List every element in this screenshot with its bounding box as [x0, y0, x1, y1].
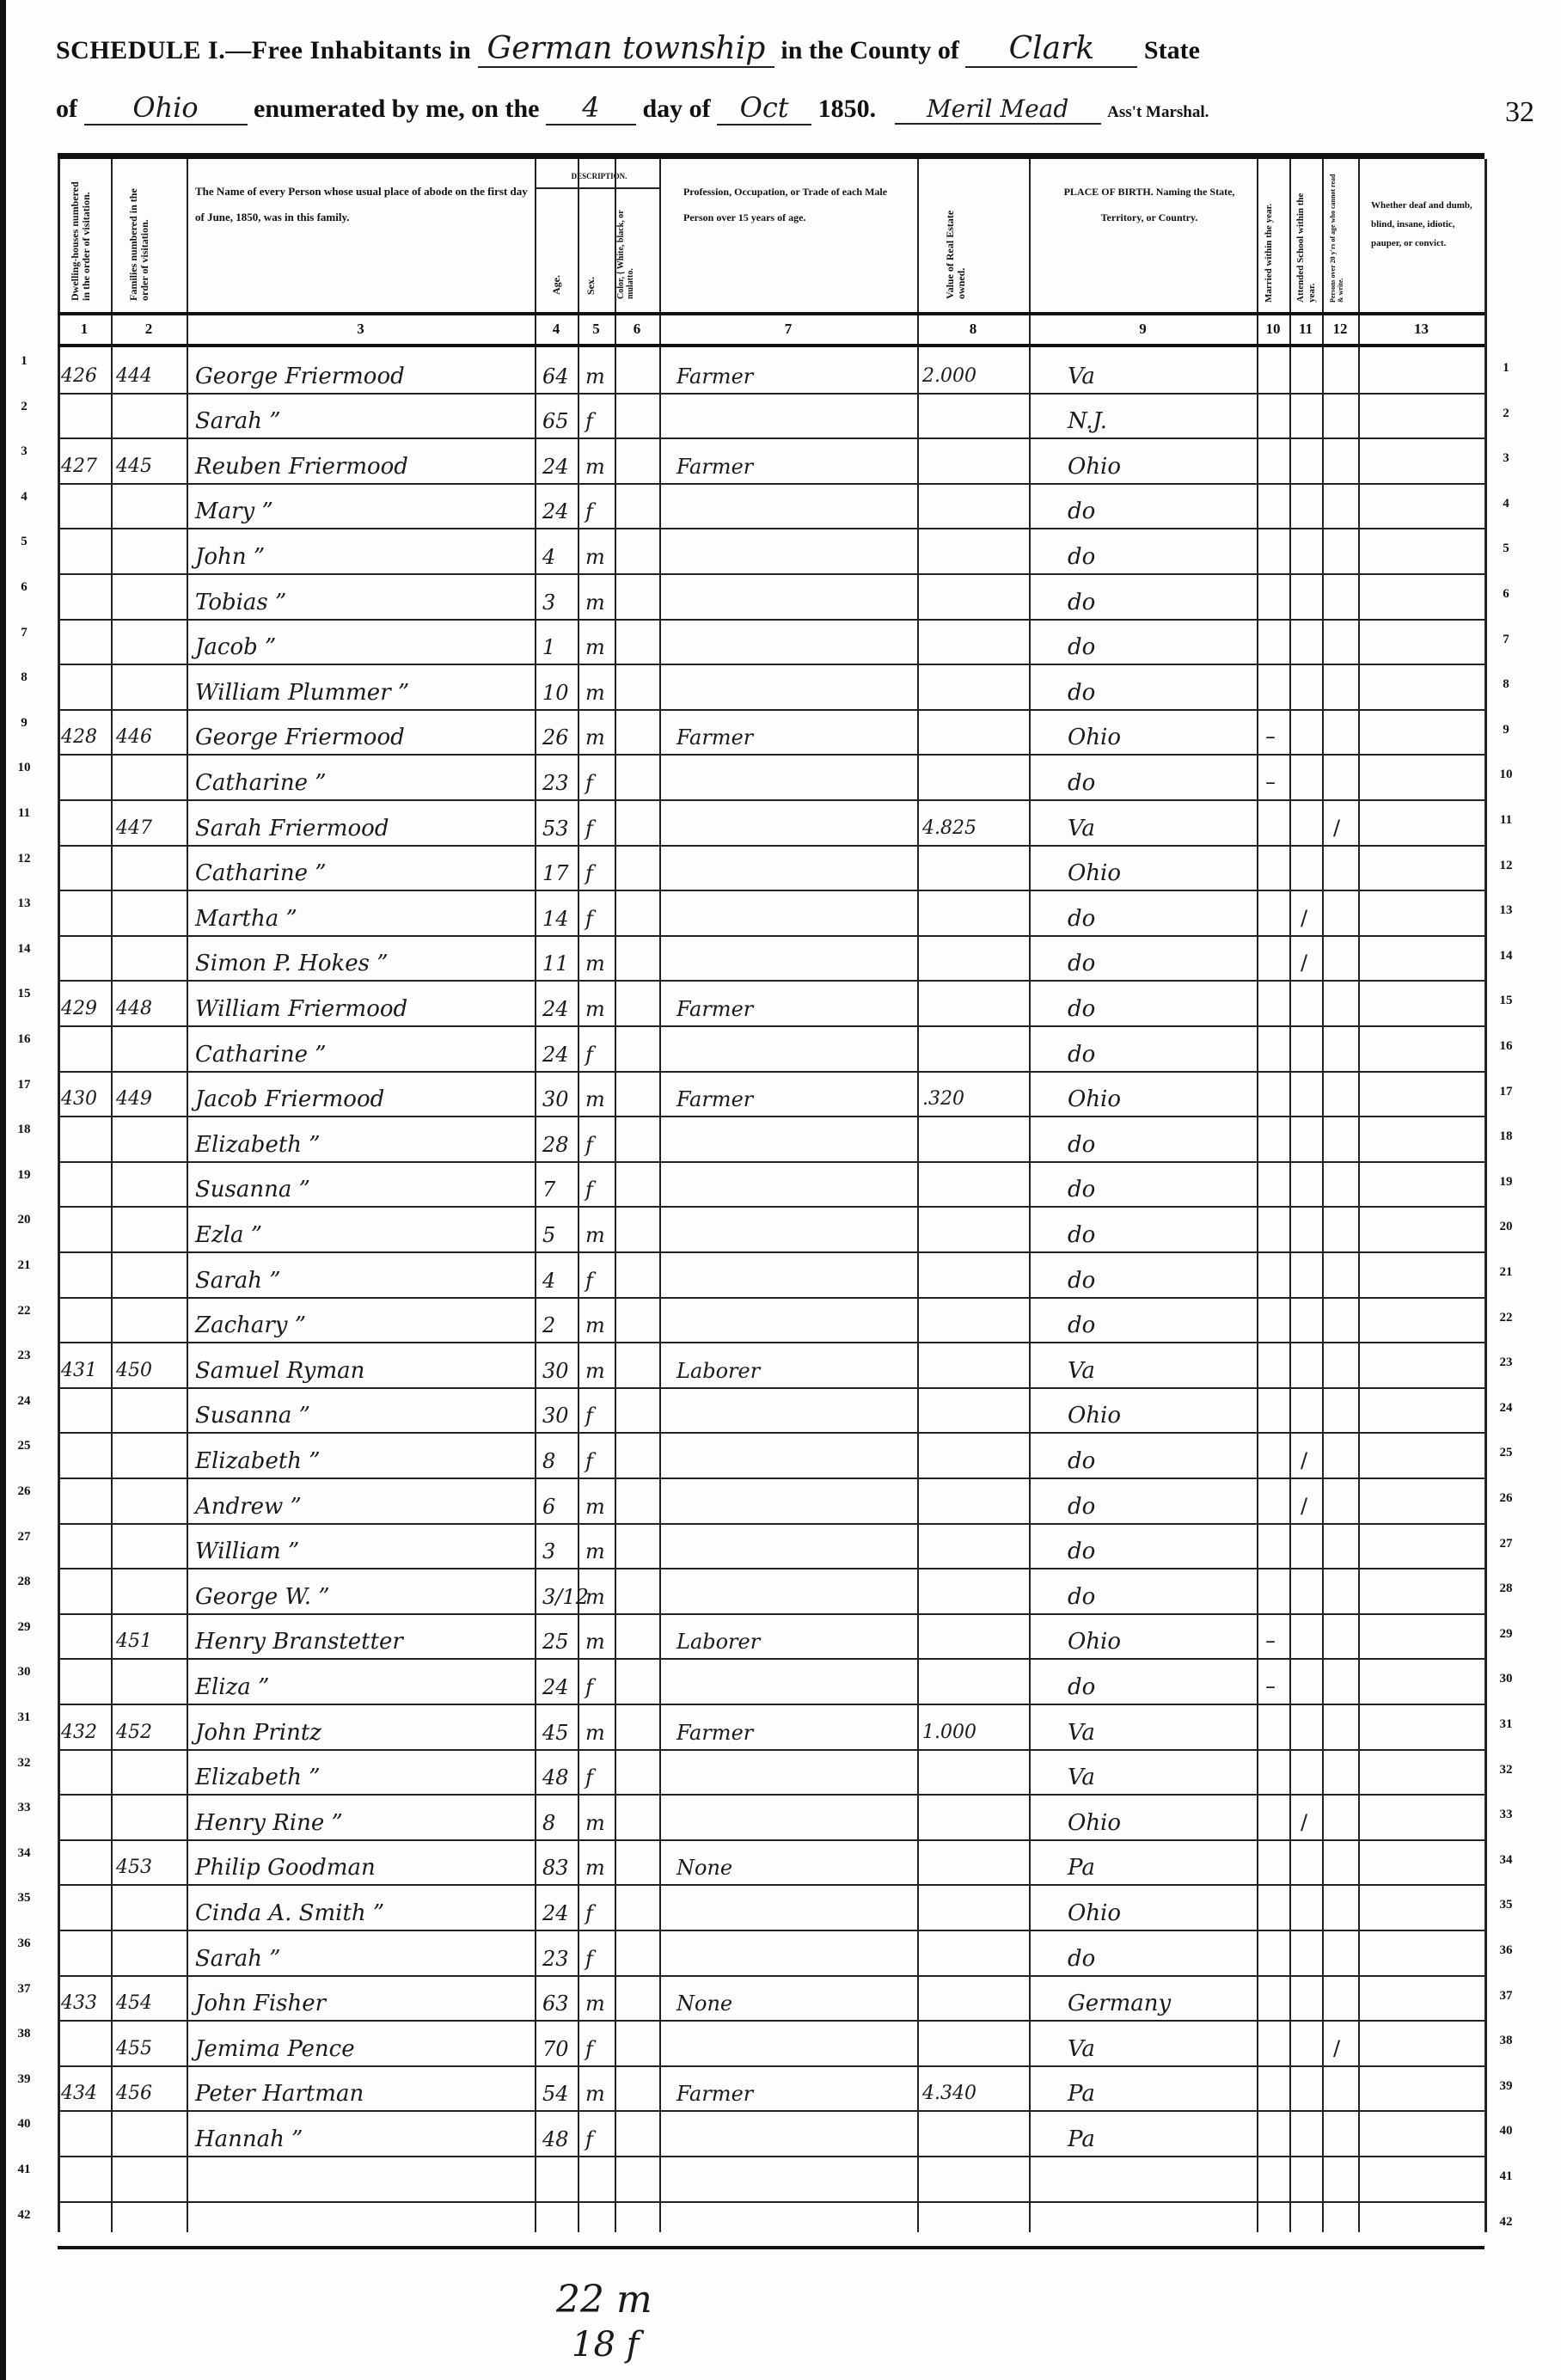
row-rule [58, 2020, 1484, 2022]
line-number-right: 40 [1495, 2124, 1517, 2138]
line-number-right: 35 [1495, 1898, 1517, 1912]
family-number: 451 [116, 1629, 152, 1655]
line-number-left: 1 [13, 354, 35, 369]
age-value: 54 [542, 2081, 569, 2107]
sex-value: m [585, 1494, 605, 1520]
col-header-dwelling: Dwelling-houses numbered in the order of… [70, 172, 107, 301]
state-label: State [1144, 36, 1200, 64]
sex-value: f [585, 1042, 593, 1068]
birthplace-value: Va [1068, 1358, 1095, 1384]
married-mark: – [1265, 725, 1276, 749]
line-number-left: 4 [13, 490, 35, 505]
sex-value: m [585, 454, 605, 480]
age-value: 8 [542, 1448, 555, 1474]
birthplace-value: do [1068, 1222, 1095, 1248]
real-estate-value: .320 [922, 1086, 964, 1112]
sex-value: f [585, 1403, 593, 1429]
age-value: 23 [542, 770, 569, 796]
row-rule [58, 2201, 1484, 2203]
sex-value: m [585, 634, 605, 660]
person-name: Zachary ” [195, 1312, 306, 1338]
column-rule [58, 159, 60, 2232]
birthplace-value: Ohio [1068, 1810, 1121, 1836]
line-number-left: 36 [13, 1936, 35, 1951]
row-rule [58, 709, 1484, 711]
column-number: 2 [111, 321, 187, 338]
person-name: Catharine ” [195, 770, 327, 796]
description-rule [535, 187, 659, 189]
sex-value: f [585, 816, 593, 841]
column-rule [1322, 159, 1324, 2232]
township-field: German township [478, 31, 774, 68]
age-value: 3 [542, 1539, 555, 1564]
line-number-right: 23 [1495, 1355, 1517, 1370]
age-value: 24 [542, 454, 569, 480]
day-field: 4 [546, 91, 636, 125]
person-name: John ” [195, 544, 265, 570]
line-number-right: 33 [1495, 1808, 1517, 1822]
age-value: 24 [542, 1900, 569, 1926]
line-number-left: 32 [13, 1756, 35, 1771]
column-rule [1029, 159, 1031, 2232]
schedule-label: SCHEDULE I.—Free Inhabitants in [56, 36, 471, 64]
line-number-left: 6 [13, 580, 35, 595]
row-rule [58, 528, 1484, 529]
column-number: 13 [1358, 321, 1484, 338]
birthplace-value: N.J. [1068, 408, 1107, 434]
line-number-right: 11 [1495, 813, 1517, 828]
person-name: John Printz [195, 1720, 321, 1746]
dwelling-number: 432 [61, 1720, 97, 1746]
age-value: 45 [542, 1720, 569, 1746]
column-rule [535, 159, 536, 2232]
age-value: 30 [542, 1086, 569, 1112]
sex-value: f [585, 1448, 593, 1474]
row-rule [58, 1297, 1484, 1299]
line-number-right: 41 [1495, 2169, 1517, 2184]
row-rule [58, 2110, 1484, 2112]
person-name: Martha ” [195, 906, 297, 932]
column-rule [1257, 159, 1258, 2232]
birthplace-value: do [1068, 1584, 1095, 1610]
person-name: Ezla ” [195, 1222, 262, 1248]
sex-value: m [585, 544, 605, 570]
birthplace-value: Pa [1068, 2081, 1095, 2107]
line-number-right: 30 [1495, 1672, 1517, 1686]
occupation-value: Farmer [676, 2081, 753, 2107]
family-number: 448 [116, 996, 152, 1022]
column-number: 8 [917, 321, 1029, 338]
line-number-left: 25 [13, 1439, 35, 1453]
sex-value: f [585, 2036, 593, 2062]
school-mark: / [1301, 1448, 1307, 1472]
header-line-1: SCHEDULE I.—Free Inhabitants in German t… [56, 31, 1200, 68]
school-mark: / [1301, 1494, 1307, 1518]
line-number-left: 39 [13, 2072, 35, 2087]
row-rule [58, 1839, 1484, 1841]
line-number-right: 27 [1495, 1537, 1517, 1551]
row-rule [58, 1206, 1484, 1208]
person-name: Jacob ” [195, 634, 276, 660]
person-name: Sarah ” [195, 1268, 281, 1294]
occupation-value: None [676, 1991, 732, 2016]
sex-value: m [585, 725, 605, 750]
age-value: 23 [542, 1946, 569, 1972]
line-number-right: 24 [1495, 1401, 1517, 1416]
birthplace-value: Ohio [1068, 1086, 1121, 1112]
row-rule [58, 1071, 1484, 1073]
birthplace-value: do [1068, 680, 1095, 706]
sex-value: f [585, 860, 593, 886]
person-name: George Friermood [195, 725, 405, 750]
age-value: 26 [542, 725, 569, 750]
column-rule [1358, 159, 1360, 2232]
person-name: Philip Goodman [195, 1855, 376, 1881]
description-label: DESCRIPTION. [526, 172, 672, 180]
line-number-left: 9 [13, 716, 35, 731]
age-value: 2 [542, 1312, 555, 1338]
column-number: 4 [535, 321, 578, 338]
person-name: Sarah Friermood [195, 816, 389, 841]
line-number-left: 20 [13, 1213, 35, 1227]
occupation-value: Farmer [676, 725, 753, 750]
line-number-right: 26 [1495, 1491, 1517, 1506]
month-field: Oct [717, 91, 811, 125]
line-number-right: 29 [1495, 1627, 1517, 1642]
row-rule [58, 754, 1484, 756]
line-number-right: 20 [1495, 1220, 1517, 1234]
row-rule [58, 1116, 1484, 1117]
line-number-right: 22 [1495, 1311, 1517, 1325]
row-rule [58, 935, 1484, 937]
row-rule [58, 1975, 1484, 1977]
sex-value: m [585, 1312, 605, 1338]
age-value: 53 [542, 816, 569, 841]
dwelling-number: 430 [61, 1086, 97, 1112]
col-header-illiterate: Persons over 20 y'rs of age who cannot r… [1329, 174, 1355, 303]
row-rule [58, 890, 1484, 891]
person-name: Catharine ” [195, 1042, 327, 1068]
column-number: 9 [1029, 321, 1257, 338]
age-value: 30 [542, 1358, 569, 1384]
sex-value: f [585, 1900, 593, 1926]
line-number-right: 37 [1495, 1989, 1517, 2004]
col-header-occupation: Profession, Occupation, or Trade of each… [683, 179, 898, 230]
age-value: 83 [542, 1855, 569, 1881]
birthplace-value: Ohio [1068, 1629, 1121, 1655]
line-number-left: 18 [13, 1123, 35, 1137]
sex-value: m [585, 1086, 605, 1112]
line-number-right: 1 [1495, 361, 1517, 376]
birthplace-value: do [1068, 1448, 1095, 1474]
line-number-right: 19 [1495, 1175, 1517, 1190]
person-name: Reuben Friermood [195, 454, 408, 480]
person-name: Samuel Ryman [195, 1358, 364, 1384]
line-number-left: 8 [13, 670, 35, 685]
state-field: Ohio [84, 91, 248, 125]
line-number-left: 5 [13, 535, 35, 549]
birthplace-value: do [1068, 1312, 1095, 1338]
birthplace-value: Ohio [1068, 860, 1121, 886]
line-number-right: 42 [1495, 2215, 1517, 2230]
family-number: 445 [116, 454, 152, 480]
line-number-left: 23 [13, 1349, 35, 1363]
birthplace-value: Ohio [1068, 1900, 1121, 1926]
line-number-left: 14 [13, 942, 35, 957]
line-number-left: 27 [13, 1530, 35, 1545]
line-number-left: 22 [13, 1304, 35, 1318]
row-rule [58, 1613, 1484, 1615]
person-name: Simon P. Hokes ” [195, 951, 389, 976]
person-name: Jacob Friermood [195, 1086, 384, 1112]
row-rule [58, 1342, 1484, 1343]
col-header-name: The Name of every Person whose usual pla… [195, 179, 539, 230]
row-rule [58, 1478, 1484, 1479]
column-number: 3 [187, 321, 535, 338]
sex-value: m [585, 1539, 605, 1564]
header-rule [58, 344, 1484, 347]
family-number: 453 [116, 1855, 152, 1881]
column-rule [659, 159, 661, 2232]
col-header-family: Families numbered in the order of visita… [128, 172, 168, 301]
line-number-right: 12 [1495, 859, 1517, 873]
line-number-left: 38 [13, 2027, 35, 2041]
row-rule [58, 1794, 1484, 1796]
age-value: 24 [542, 499, 569, 524]
age-value: 24 [542, 996, 569, 1022]
row-rule [58, 1432, 1484, 1434]
line-number-right: 15 [1495, 994, 1517, 1008]
line-number-right: 21 [1495, 1265, 1517, 1280]
birthplace-value: do [1068, 1946, 1095, 1972]
row-rule [58, 1930, 1484, 1931]
school-mark: / [1301, 1810, 1307, 1834]
enumerated-label: enumerated by me, on the [254, 95, 539, 123]
age-value: 5 [542, 1222, 555, 1248]
birthplace-value: Pa [1068, 2126, 1095, 2152]
line-number-left: 12 [13, 852, 35, 866]
col-header-real-estate: Value of Real Estate owned. [945, 179, 976, 299]
sex-value: m [585, 1720, 605, 1746]
row-rule [58, 619, 1484, 621]
age-value: 70 [542, 2036, 569, 2062]
column-number: 12 [1322, 321, 1358, 338]
person-name: John Fisher [195, 1991, 326, 2016]
row-rule [58, 1658, 1484, 1660]
column-number: 7 [659, 321, 917, 338]
married-mark: – [1265, 1629, 1276, 1653]
birthplace-value: Ohio [1068, 1403, 1121, 1429]
sex-value: m [585, 1991, 605, 2016]
county-label: in the County of [780, 36, 959, 64]
person-name: Henry Branstetter [195, 1629, 403, 1655]
line-number-left: 16 [13, 1032, 35, 1047]
line-number-left: 28 [13, 1575, 35, 1589]
col-header-school: Attended School within the year. [1295, 174, 1323, 303]
age-value: 8 [542, 1810, 555, 1836]
col-header-sex: Sex. [585, 243, 603, 295]
line-number-right: 4 [1495, 497, 1517, 511]
line-number-left: 35 [13, 1891, 35, 1906]
row-rule [58, 393, 1484, 395]
family-number: 449 [116, 1086, 152, 1112]
line-number-right: 6 [1495, 587, 1517, 602]
birthplace-value: do [1068, 951, 1095, 976]
row-rule [58, 1387, 1484, 1389]
line-number-left: 42 [13, 2208, 35, 2223]
sex-value: m [585, 2081, 605, 2107]
family-number: 454 [116, 1991, 152, 2016]
female-tally: 18 f [572, 2325, 639, 2365]
sex-value: f [585, 1946, 593, 1972]
dwelling-number: 431 [61, 1358, 97, 1384]
birthplace-value: Va [1068, 1720, 1095, 1746]
age-value: 28 [542, 1132, 569, 1158]
occupation-value: Farmer [676, 1086, 753, 1112]
person-name: William Friermood [195, 996, 407, 1022]
sex-value: f [585, 1765, 593, 1790]
sex-value: f [585, 1674, 593, 1700]
illiterate-mark: / [1333, 2036, 1340, 2060]
line-number-right: 7 [1495, 633, 1517, 647]
person-name: Henry Rine ” [195, 1810, 343, 1836]
birthplace-value: do [1068, 499, 1095, 524]
line-number-left: 17 [13, 1078, 35, 1092]
person-name: William ” [195, 1539, 299, 1564]
family-number: 444 [116, 364, 152, 389]
age-value: 48 [542, 1765, 569, 1790]
school-mark: / [1301, 906, 1307, 930]
birthplace-value: Ohio [1068, 454, 1121, 480]
line-number-right: 28 [1495, 1582, 1517, 1596]
sex-value: m [585, 1629, 605, 1655]
person-name: Susanna ” [195, 1177, 310, 1202]
line-number-left: 19 [13, 1168, 35, 1183]
column-number: 6 [615, 321, 659, 338]
family-number: 455 [116, 2036, 152, 2062]
line-number-right: 3 [1495, 451, 1517, 466]
day-of-label: day of [642, 95, 710, 123]
person-name: Andrew ” [195, 1494, 302, 1520]
family-number: 446 [116, 725, 152, 750]
col-header-age: Age. [551, 243, 568, 295]
line-number-right: 18 [1495, 1129, 1517, 1144]
occupation-value: Farmer [676, 996, 753, 1022]
line-number-left: 13 [13, 896, 35, 911]
line-number-left: 33 [13, 1801, 35, 1815]
sex-value: f [585, 1177, 593, 1202]
birthplace-value: do [1068, 1132, 1095, 1158]
sex-value: m [585, 364, 605, 389]
person-name: Eliza ” [195, 1674, 269, 1700]
person-name: Catharine ” [195, 860, 327, 886]
column-rule [1289, 159, 1291, 2232]
county-field: Clark [965, 31, 1137, 68]
sex-value: m [585, 1855, 605, 1881]
birthplace-value: do [1068, 590, 1095, 615]
age-value: 24 [542, 1042, 569, 1068]
line-number-right: 16 [1495, 1039, 1517, 1054]
age-value: 30 [542, 1403, 569, 1429]
line-number-left: 26 [13, 1484, 35, 1499]
person-name: Cinda A. Smith ” [195, 1900, 384, 1926]
age-value: 3/12 [542, 1584, 589, 1610]
person-name: Hannah ” [195, 2126, 303, 2152]
line-number-right: 9 [1495, 723, 1517, 737]
birthplace-value: Va [1068, 1765, 1095, 1790]
row-rule [58, 799, 1484, 801]
birthplace-value: do [1068, 770, 1095, 796]
birthplace-value: do [1068, 1268, 1095, 1294]
marshal-label: Ass't Marshal. [1107, 103, 1209, 121]
dwelling-number: 427 [61, 454, 97, 480]
family-number: 450 [116, 1358, 152, 1384]
row-rule [58, 664, 1484, 665]
birthplace-value: do [1068, 1539, 1095, 1564]
line-number-right: 36 [1495, 1943, 1517, 1958]
sex-value: m [585, 951, 605, 976]
line-number-left: 29 [13, 1620, 35, 1635]
line-number-left: 3 [13, 444, 35, 459]
birthplace-value: do [1068, 634, 1095, 660]
line-number-left: 24 [13, 1394, 35, 1409]
line-number-left: 7 [13, 626, 35, 640]
sex-value: m [585, 1358, 605, 1384]
line-number-right: 5 [1495, 541, 1517, 556]
birthplace-value: Va [1068, 2036, 1095, 2062]
line-number-left: 15 [13, 987, 35, 1001]
column-rule [111, 159, 113, 2232]
birthplace-value: Pa [1068, 1855, 1095, 1881]
age-value: 63 [542, 1991, 569, 2016]
family-number: 447 [116, 816, 152, 841]
row-rule [58, 980, 1484, 982]
row-rule [58, 2246, 1484, 2249]
married-mark: – [1265, 770, 1276, 794]
line-number-left: 10 [13, 761, 35, 775]
of-label: of [56, 95, 77, 123]
sex-value: f [585, 906, 593, 932]
line-number-left: 34 [13, 1846, 35, 1861]
line-number-right: 38 [1495, 2034, 1517, 2048]
real-estate-value: 1.000 [922, 1720, 976, 1746]
line-number-right: 31 [1495, 1717, 1517, 1732]
column-rule [615, 159, 616, 2232]
person-name: Elizabeth ” [195, 1132, 321, 1158]
marshal-field: Meril Mead [895, 95, 1101, 125]
line-number-right: 39 [1495, 2079, 1517, 2094]
line-number-right: 2 [1495, 407, 1517, 421]
person-name: Tobias ” [195, 590, 286, 615]
sex-value: m [585, 996, 605, 1022]
dwelling-number: 429 [61, 996, 97, 1022]
line-number-right: 32 [1495, 1763, 1517, 1777]
line-number-right: 10 [1495, 768, 1517, 782]
line-number-left: 11 [13, 806, 35, 821]
birthplace-value: Ohio [1068, 725, 1121, 750]
line-number-left: 31 [13, 1710, 35, 1725]
person-name: Sarah ” [195, 1946, 281, 1972]
line-number-left: 41 [13, 2163, 35, 2177]
column-number: 1 [58, 321, 111, 338]
age-value: 65 [542, 408, 569, 434]
age-value: 14 [542, 906, 569, 932]
line-number-right: 8 [1495, 677, 1517, 692]
age-value: 4 [542, 544, 555, 570]
sex-value: f [585, 1132, 593, 1158]
age-value: 11 [542, 951, 569, 976]
row-rule [58, 1568, 1484, 1569]
